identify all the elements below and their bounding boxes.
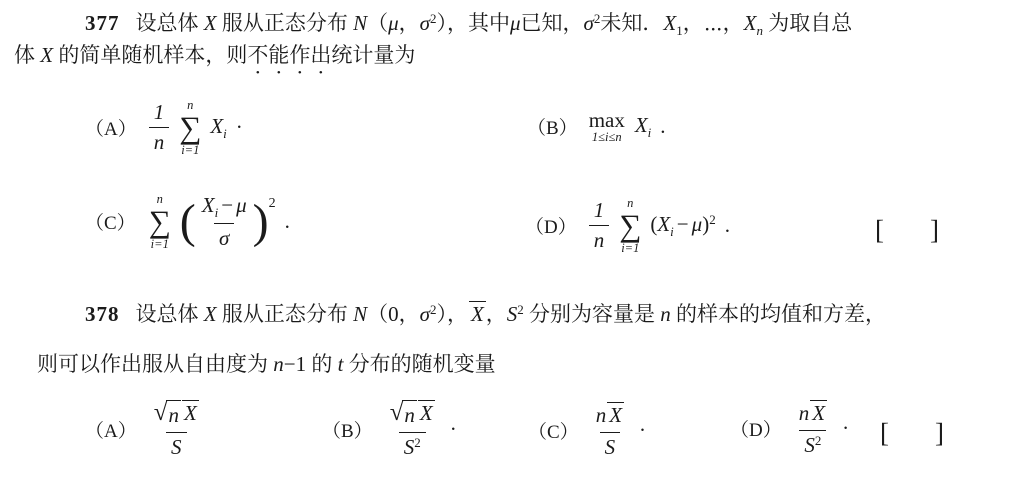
fraction-numerator: 1 [589,199,610,225]
fraction: √nX S2 [385,399,440,459]
coefficient-n: n [799,401,810,425]
option-terminator: · [842,416,849,441]
stem-segment: 体 [14,43,40,67]
variable-s: S [404,435,415,459]
variable-x: X [657,212,670,236]
bracket-open: [ [880,418,889,449]
option-terminator: · [450,417,457,442]
stem-segment: 已知， [521,11,584,35]
fraction: Xi−μ σ [197,194,252,250]
square-root: √n [154,400,181,429]
stem-segment: 分布的随机变量 [343,352,495,376]
problem-378-stem-part2: 则可以作出服从自由度为 n−1 的 t 分布的随机变量 [37,352,496,376]
option-378-c: （C） nX S · [528,401,646,459]
fraction-denominator: n [149,127,170,154]
option-378-c-label: （C） [528,417,579,444]
fraction: √nX S [149,399,204,459]
fraction: 1 n [589,199,610,252]
variable-subscript: i [223,126,227,141]
option-377-d-label: （D） [525,212,577,239]
fraction-numerator: nX [794,399,832,430]
stem-segment: （0， [367,302,420,326]
problem-377-number: 377 [85,11,120,35]
stem-segment: 设总体 [136,11,204,35]
denominator-exponent: 2 [815,433,822,448]
fraction: nX S [591,401,629,459]
stem-segment: σ [420,302,430,326]
radical-argument: n [402,400,417,429]
stem-segment: 分别为容量是 [524,302,661,326]
stem-segment: X [744,11,757,35]
exponent-2: 2 [269,196,276,212]
option-378-b-label: （B） [322,416,373,443]
bracket-close: ] [935,418,944,449]
x-bar-variable: X [418,400,435,425]
stem-segment: N [353,11,367,35]
problem-377-stem-part1: 设总体 X 服从正态分布 N（μ，σ2），其中μ已知，σ2未知．X1，⋯，Xn … [136,11,853,35]
option-377-c: （C） n ∑ i=1 ( Xi−μ σ ) 2 . [85,192,290,252]
summation: n ∑ i=1 [179,98,201,158]
stem-segment: N [353,302,367,326]
open-paren: ( [180,199,196,245]
summation: n ∑ i=1 [149,192,171,252]
minus-sign: − [221,193,233,217]
option-terminator: · [639,418,646,443]
radical-icon: √ [390,400,404,426]
mu-symbol: μ [692,212,703,236]
stem-segment: 未知． [600,11,663,35]
variable-with-subscript: Xi [210,114,226,142]
option-terminator: · [236,115,243,140]
stem-segment: S [507,302,518,326]
summation-lower-limit: i=1 [621,241,639,255]
problem-378-stem-part1: 设总体 X 服从正态分布 N（0，σ2），X，S2 分别为容量是 n 的样本的均… [136,302,887,326]
exponent-2: 2 [709,212,716,227]
fraction-numerator: 1 [149,101,170,127]
sigma-sum-icon: ∑ [619,210,641,241]
answer-brackets-378: [ ] [880,418,944,449]
option-377-b-label: （B） [527,113,578,140]
answer-brackets-377: [ ] [875,215,939,246]
fraction-denominator: S [600,432,621,459]
radical-icon: √ [154,400,168,426]
stem-segment: 设总体 [136,302,204,326]
variable-x: X [202,193,215,217]
problem-377-stem-part2: 体 X 的简单随机样本，则不能作出统计量为 [14,43,415,67]
max-operator-limits: 1≤i≤n [592,131,622,144]
option-terminator: . [285,209,290,234]
option-378-b: （B） √nX S2 · [322,399,457,459]
option-378-d-label: （D） [730,415,782,442]
stem-segment: X [469,301,486,326]
stem-segment: ）， [436,302,468,326]
stem-segment: X [40,43,53,67]
stem-segment: 统计量为 [331,43,415,67]
fraction-denominator: σ [214,223,234,250]
stem-segment: 服从正态分布 [217,302,354,326]
option-377-b: （B） max 1≤i≤n Xi . [527,109,666,144]
fraction-denominator: n [589,225,610,252]
stem-segment: ， [486,302,507,326]
sigma-sum-icon: ∑ [149,206,171,237]
option-377-a-label: （A） [85,114,137,141]
option-terminator: . [660,114,665,139]
max-operator-name: max [589,109,625,131]
stem-segment: μ [510,11,521,35]
max-operator: max 1≤i≤n [589,109,625,144]
stem-segment: μ [388,11,399,35]
variable-x: X [635,113,648,137]
stem-segment: X [204,11,217,35]
fraction-numerator: √nX [149,399,204,432]
parenthesized-fraction-squared: ( Xi−μ σ ) 2 [180,194,276,250]
variable-subscript: i [215,205,219,220]
fraction-denominator: S2 [399,432,426,459]
fraction-numerator: Xi−μ [197,194,252,223]
stem-segment: X [663,11,676,35]
fraction: 1 n [149,101,170,154]
x-bar-variable: X [810,400,827,425]
variable-s: S [171,435,182,459]
fraction-numerator: √nX [385,399,440,432]
minus-sign: − [677,212,689,236]
variable-s: S [804,433,815,457]
option-terminator: . [725,213,730,238]
stem-segment: −1 的 [284,352,338,376]
squared-deviation-term: (Xi−μ)2 [650,212,715,240]
stem-segment: X [204,302,217,326]
fraction: nX S2 [794,399,832,457]
document-page: 377设总体 X 服从正态分布 N（μ，σ2），其中μ已知，σ2未知．X1，⋯，… [0,0,1034,479]
summation-lower-limit: i=1 [181,143,199,157]
stem-segment: （ [367,11,388,35]
fraction-numerator: nX [591,401,629,432]
option-378-a-label: （A） [85,416,137,443]
stem-segment: ，⋯， [683,11,744,35]
stem-segment: 则可以作出服从自由度为 [37,352,273,376]
variable-x: X [210,114,223,138]
stem-segment: 为取自总 [763,11,852,35]
problem-378-line2: 则可以作出服从自由度为 n−1 的 t 分布的随机变量 [37,350,496,378]
option-378-d: （D） nX S2 · [730,399,849,457]
stem-segment: ， [399,11,420,35]
radical-argument: n [166,400,181,429]
stem-segment: 不能作出 [247,43,331,67]
stem-segment: n [660,302,671,326]
problem-377-line1: 377设总体 X 服从正态分布 N（μ，σ2），其中μ已知，σ2未知．X1，⋯，… [85,9,852,40]
close-paren: ) [253,199,269,245]
coefficient-n: n [596,403,607,427]
variable-subscript: i [648,125,652,140]
x-bar-variable: X [607,402,624,427]
variable-s: S [605,435,616,459]
stem-segment: ），其中 [437,11,511,35]
x-bar-variable: X [182,400,199,425]
stem-segment: 的样本的均值和方差， [671,302,886,326]
fraction-denominator: S2 [799,430,826,457]
denominator-exponent: 2 [414,435,421,450]
bracket-open: [ [875,215,884,246]
stem-segment: 的简单随机样本，则 [53,43,247,67]
square-root: √n [390,400,417,429]
stem-segment: σ [584,11,594,35]
problem-378-number: 378 [85,302,120,326]
sigma-sum-icon: ∑ [179,112,201,143]
stem-segment: n [273,352,284,376]
stem-segment: 服从正态分布 [217,11,354,35]
stem-segment: σ [420,11,430,35]
mu-symbol: μ [236,193,247,217]
option-377-d: （D） 1 n n ∑ i=1 (Xi−μ)2 . [525,196,730,256]
summation-lower-limit: i=1 [151,237,169,251]
option-377-c-label: （C） [85,208,136,235]
option-377-a: （A） 1 n n ∑ i=1 Xi · [85,98,243,158]
problem-377-line2: 体 X 的简单随机样本，则不能作出统计量为 [14,41,415,79]
fraction-denominator: S [166,432,187,459]
summation: n ∑ i=1 [619,196,641,256]
bracket-close: ] [930,215,939,246]
variable-subscript: i [670,224,674,239]
problem-378-line1: 378设总体 X 服从正态分布 N（0，σ2），X，S2 分别为容量是 n 的样… [85,300,886,328]
option-378-a: （A） √nX S [85,399,214,459]
variable-with-subscript: Xi [635,113,651,141]
